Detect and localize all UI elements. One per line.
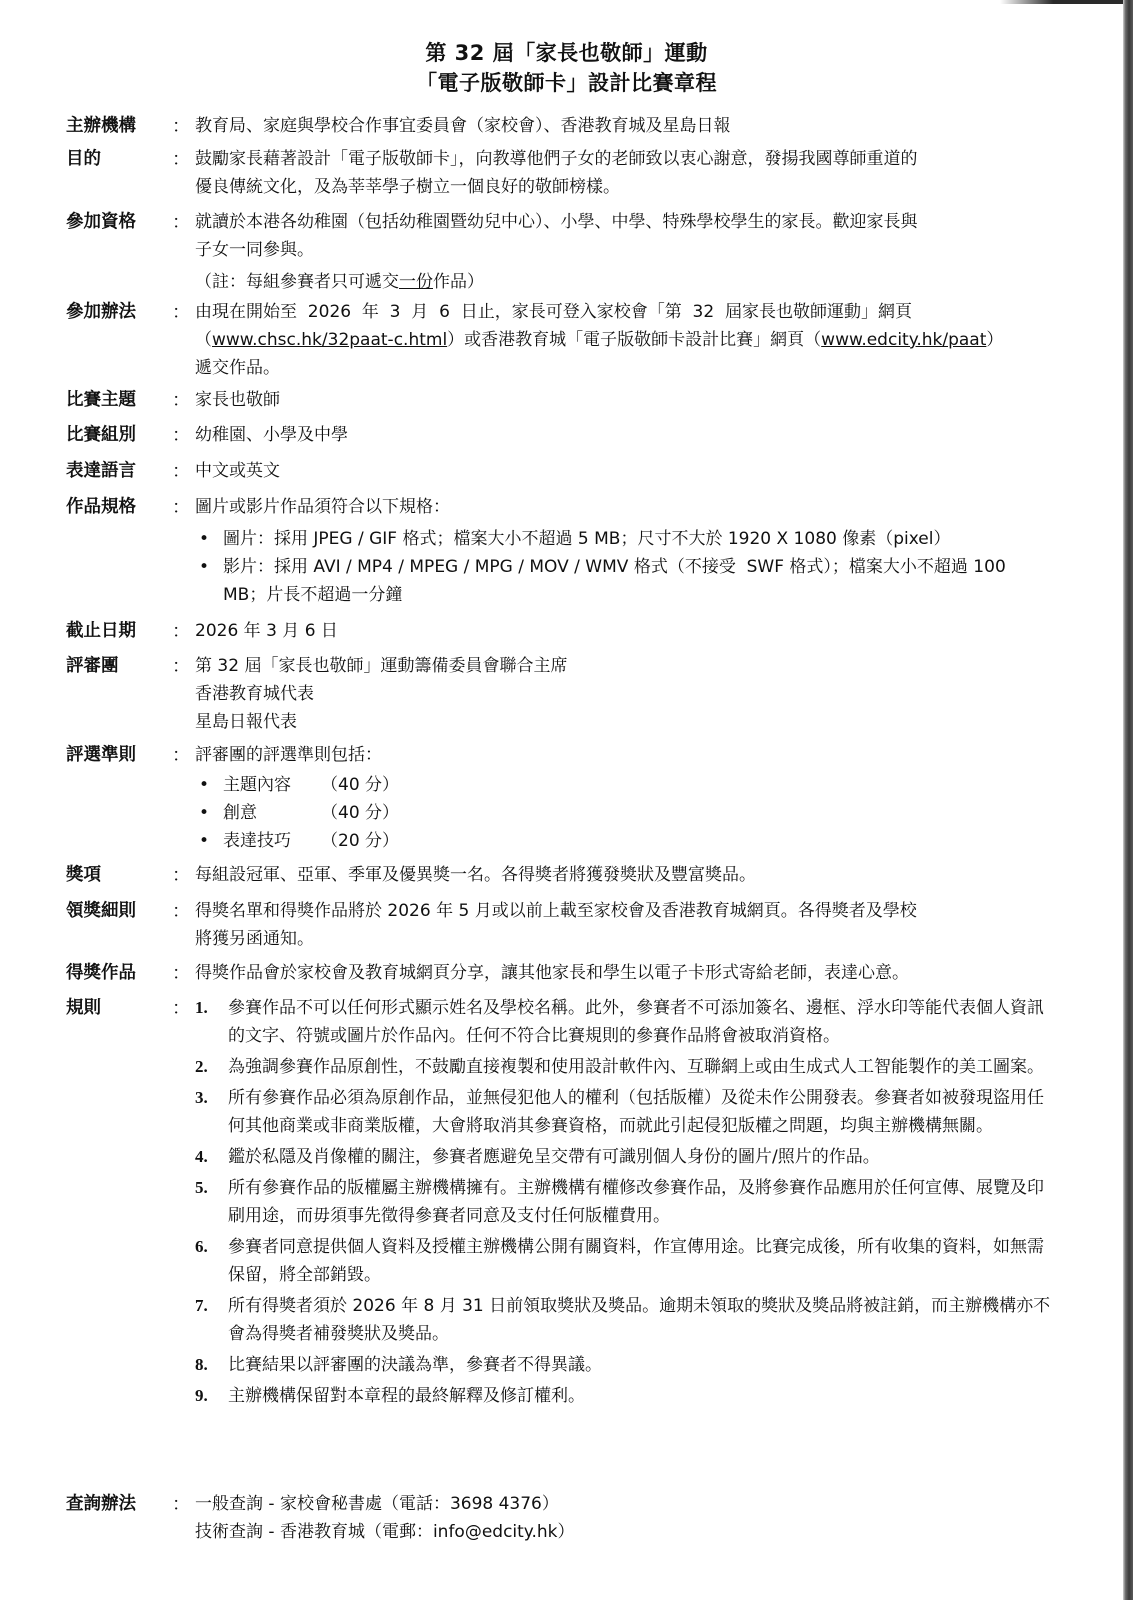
rule-item: 5.所有參賽作品的版權屬主辦機構擁有。主辦機構有權修改參賽作品，及將參賽作品應用… (195, 1174, 1057, 1230)
eligibility-note: （註：每組參賽者只可遞交一份作品） (195, 268, 1057, 296)
criterion-score: （40 分） (321, 775, 399, 795)
section-label: 比賽組別 (66, 421, 171, 449)
paren-open: （ (195, 330, 212, 350)
criterion-score: （20 分） (321, 831, 399, 851)
section-label: 比賽主題 (66, 386, 171, 414)
how-to-enter-line-3: 遞交作品。 (195, 354, 1057, 382)
colon: ： (172, 1490, 186, 1518)
colon: ： (172, 112, 186, 140)
colon: ： (172, 493, 186, 521)
section-label: 得獎作品 (66, 959, 171, 987)
rule-item: 4.鑑於私隱及肖像權的關注，參賽者應避免呈交帶有可識別個人身份的圖片/照片的作品… (195, 1143, 1057, 1171)
rule-item: 1.參賽作品不可以任何形式顯示姓名及學校名稱。此外，參賽者不可添加簽名、邊框、浮… (195, 994, 1057, 1050)
section-label: 主辦機構 (66, 112, 171, 140)
spec-image: 圖片：採用 JPEG / GIF 格式；檔案大小不超過 5 MB；尺寸不大於 1… (195, 525, 1057, 553)
rule-number: 1. (195, 994, 208, 1022)
eligibility-line-2: 子女一同參與。 (195, 236, 1057, 264)
section-label: 規則 (66, 994, 171, 1022)
how-to-enter-line-2: （www.chsc.hk/32paat-c.html）或香港教育城「電子版敬師卡… (195, 326, 1057, 354)
criteria-list: 主題內容（40 分） 創意（40 分） 表達技巧（20 分） (195, 771, 1057, 855)
note-prefix: （註：每組參賽者只可遞交 (195, 272, 399, 292)
note-emphasis: 一份 (399, 272, 433, 292)
criterion-item: 創意（40 分） (195, 799, 1057, 827)
colon: ： (172, 145, 186, 173)
spec-video: 影片：採用 AVI / MP4 / MPEG / MPG / MOV / WMV… (195, 553, 1053, 609)
categories-text: 幼稚園、小學及中學 (195, 421, 1057, 449)
section-label: 評審團 (66, 652, 171, 680)
rule-text: 所有參賽作品必須為原創作品，並無侵犯他人的權利（包括版權）及從未作公開發表。參賽… (228, 1088, 1044, 1136)
colon: ： (172, 897, 186, 925)
purpose-line-1: 鼓勵家長藉著設計「電子版敬師卡」，向教導他們子女的老師致以衷心謝意，發揚我國尊師… (195, 145, 1057, 173)
judge-line-3: 星島日報代表 (195, 708, 1057, 736)
section-label: 作品規格 (66, 493, 171, 521)
rule-item: 7.所有得獎者須於 2026 年 8 月 31 日前領取獎狀及獎品。逾期未領取的… (195, 1292, 1057, 1348)
rule-text: 所有參賽作品的版權屬主辦機構擁有。主辦機構有權修改參賽作品，及將參賽作品應用於任… (228, 1178, 1044, 1226)
document-title: 第 32 屆「家長也敬師」運動 「電子版敬師卡」設計比賽章程 (0, 38, 1133, 98)
prizes-text: 每組設冠軍、亞軍、季軍及優異獎一名。各得獎者將獲發獎狀及豐富獎品。 (195, 861, 1057, 889)
judge-line-1: 第 32 屆「家長也敬師」運動籌備委員會聯合主席 (195, 652, 1057, 680)
purpose-line-2: 優良傳統文化，及為莘莘學子樹立一個良好的敬師榜樣。 (195, 173, 1057, 201)
scan-shadow-top (1000, 0, 1133, 4)
rule-item: 9.主辦機構保留對本章程的最終解釋及修訂權利。 (195, 1382, 1057, 1410)
criterion-item: 主題內容（40 分） (195, 771, 1057, 799)
how-to-enter-line-1: 由現在開始至 2026 年 3 月 6 日止，家長可登入家校會「第 32 屆家長… (195, 298, 1057, 326)
rule-text: 鑑於私隱及肖像權的關注，參賽者應避免呈交帶有可識別個人身份的圖片/照片的作品。 (228, 1147, 880, 1167)
specs-list: 圖片：採用 JPEG / GIF 格式；檔案大小不超過 5 MB；尺寸不大於 1… (195, 525, 1057, 609)
section-label: 目的 (66, 145, 171, 173)
rule-number: 4. (195, 1143, 208, 1171)
link-connector: ）或香港教育城「電子版敬師卡設計比賽」網頁（ (447, 330, 821, 350)
theme-text: 家長也敬師 (195, 386, 1057, 414)
rule-number: 8. (195, 1351, 208, 1379)
section-label: 截止日期 (66, 617, 171, 645)
colon: ： (172, 959, 186, 987)
rule-item: 8.比賽結果以評審團的決議為準，參賽者不得異議。 (195, 1351, 1057, 1379)
section-label: 參加辦法 (66, 298, 171, 326)
rule-item: 2.為強調參賽作品原創性，不鼓勵直接複製和使用設計軟件內、互聯網上或由生成式人工… (195, 1053, 1057, 1081)
section-label: 獎項 (66, 861, 171, 889)
section-label: 表達語言 (66, 457, 171, 485)
prize-details-line-2: 將獲另函通知。 (195, 925, 1057, 953)
chsc-link[interactable]: www.chsc.hk/32paat-c.html (212, 330, 447, 350)
colon: ： (172, 298, 186, 326)
prize-details-line-1: 得獎名單和得獎作品將於 2026 年 5 月或以前上載至家校會及香港教育城網頁。… (195, 897, 1057, 925)
rule-item: 6.參賽者同意提供個人資料及授權主辦機構公開有關資料，作宣傳用途。比賽完成後，所… (195, 1233, 1057, 1289)
rule-number: 9. (195, 1382, 208, 1410)
colon: ： (172, 386, 186, 414)
paren-close: ） (986, 330, 1003, 350)
colon: ： (172, 457, 186, 485)
rule-text: 主辦機構保留對本章程的最終解釋及修訂權利。 (228, 1386, 585, 1406)
rule-text: 比賽結果以評審團的決議為準，參賽者不得異議。 (228, 1355, 602, 1375)
colon: ： (172, 741, 186, 769)
colon: ： (172, 617, 186, 645)
criteria-intro: 評審團的評選準則包括： (195, 741, 1057, 769)
section-label: 查詢辦法 (66, 1490, 171, 1518)
specs-intro: 圖片或影片作品須符合以下規格： (195, 493, 1057, 521)
colon: ： (172, 421, 186, 449)
general-enquiry: 一般查詢 - 家校會秘書處（電話：3698 4376） (195, 1490, 1057, 1518)
title-line-1: 第 32 屆「家長也敬師」運動 (0, 38, 1133, 68)
deadline-text: 2026 年 3 月 6 日 (195, 617, 1057, 645)
note-suffix: 作品） (433, 272, 484, 292)
criterion-item: 表達技巧（20 分） (195, 827, 1057, 855)
edcity-link[interactable]: www.edcity.hk/paat (821, 330, 986, 350)
rule-number: 2. (195, 1053, 208, 1081)
technical-enquiry: 技術查詢 - 香港教育城（電郵：info@edcity.hk） (195, 1518, 1057, 1546)
rule-text: 所有得獎者須於 2026 年 8 月 31 日前領取獎狀及獎品。逾期未領取的獎狀… (228, 1296, 1050, 1344)
rule-number: 3. (195, 1084, 208, 1112)
judge-line-2: 香港教育城代表 (195, 680, 1057, 708)
eligibility-line-1: 就讀於本港各幼稚園（包括幼稚園暨幼兒中心）、小學、中學、特殊學校學生的家長。歡迎… (195, 208, 1057, 236)
section-label: 評選準則 (66, 741, 171, 769)
rule-number: 5. (195, 1174, 208, 1202)
rule-text: 參賽者同意提供個人資料及授權主辦機構公開有關資料，作宣傳用途。比賽完成後，所有收… (228, 1237, 1044, 1285)
section-label: 領獎細則 (66, 897, 171, 925)
colon: ： (172, 652, 186, 680)
rule-number: 6. (195, 1233, 208, 1261)
rule-item: 3.所有參賽作品必須為原創作品，並無侵犯他人的權利（包括版權）及從未作公開發表。… (195, 1084, 1057, 1140)
organizer-text: 教育局、家庭與學校合作事宜委員會（家校會）、香港教育城及星島日報 (195, 112, 1057, 140)
language-text: 中文或英文 (195, 457, 1057, 485)
scan-shadow-right (1123, 0, 1133, 1600)
colon: ： (172, 994, 186, 1022)
colon: ： (172, 208, 186, 236)
title-line-2: 「電子版敬師卡」設計比賽章程 (0, 68, 1133, 98)
rule-text: 為強調參賽作品原創性，不鼓勵直接複製和使用設計軟件內、互聯網上或由生成式人工智能… (228, 1057, 1044, 1077)
section-label: 參加資格 (66, 208, 171, 236)
criterion-name: 表達技巧 (223, 827, 321, 855)
winning-works-text: 得獎作品會於家校會及教育城網頁分享，讓其他家長和學生以電子卡形式寄給老師，表達心… (195, 959, 1057, 987)
scanned-document-page: 第 32 屆「家長也敬師」運動 「電子版敬師卡」設計比賽章程 主辦機構 ： 教育… (0, 0, 1133, 1600)
colon: ： (172, 861, 186, 889)
criterion-score: （40 分） (321, 803, 399, 823)
rules-list: 1.參賽作品不可以任何形式顯示姓名及學校名稱。此外，參賽者不可添加簽名、邊框、浮… (195, 994, 1057, 1410)
criterion-name: 創意 (223, 799, 321, 827)
criterion-name: 主題內容 (223, 771, 321, 799)
rule-number: 7. (195, 1292, 208, 1320)
rule-text: 參賽作品不可以任何形式顯示姓名及學校名稱。此外，參賽者不可添加簽名、邊框、浮水印… (228, 998, 1044, 1046)
